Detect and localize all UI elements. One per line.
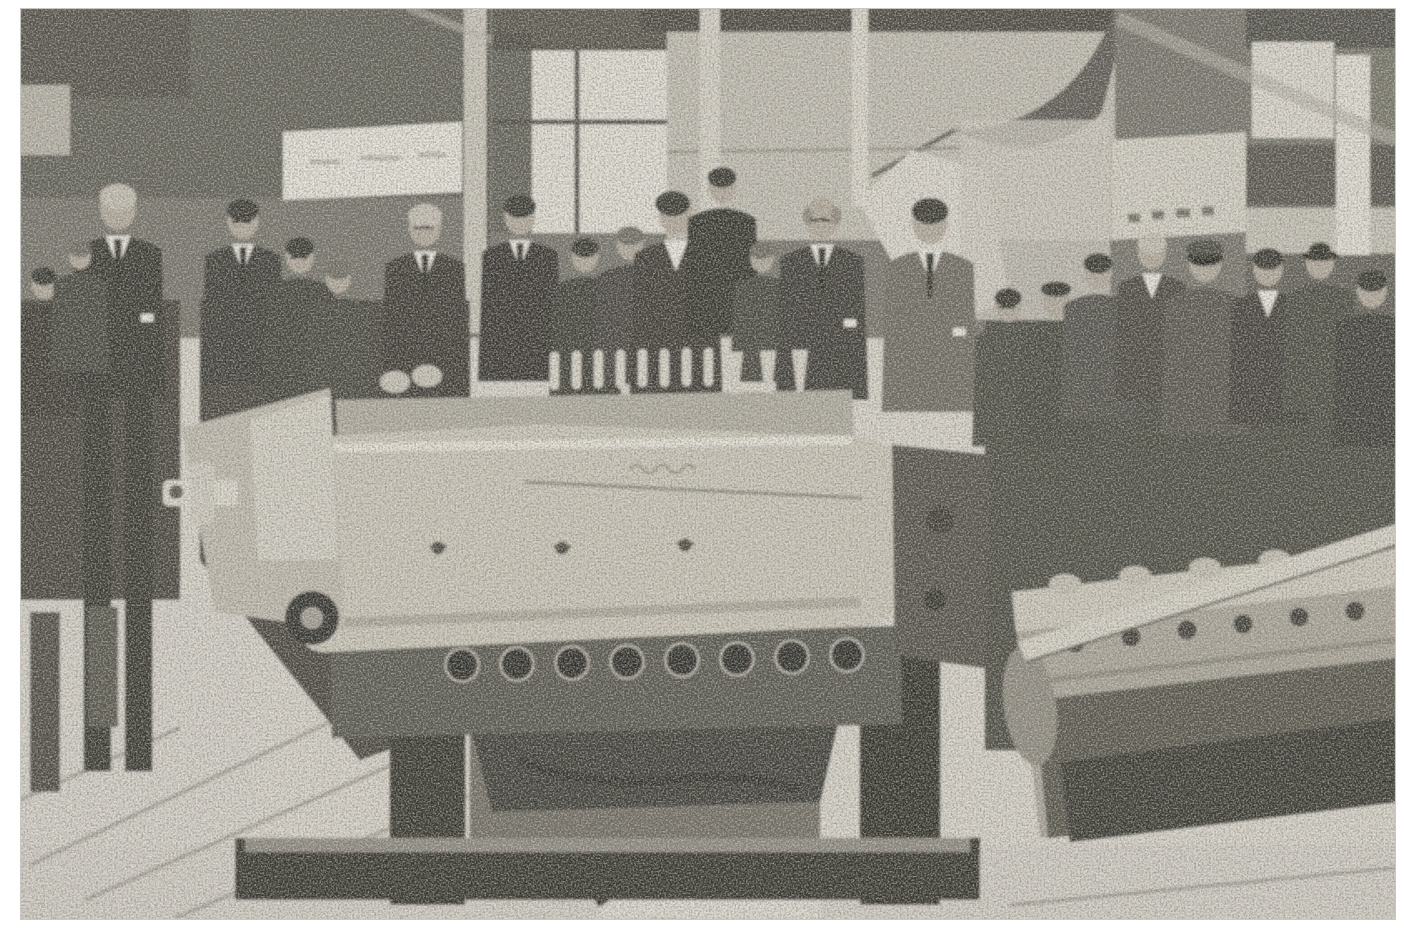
scanned-page xyxy=(0,0,1404,950)
grain-color-speckle xyxy=(20,8,1396,920)
halftone-photograph xyxy=(0,0,1404,950)
